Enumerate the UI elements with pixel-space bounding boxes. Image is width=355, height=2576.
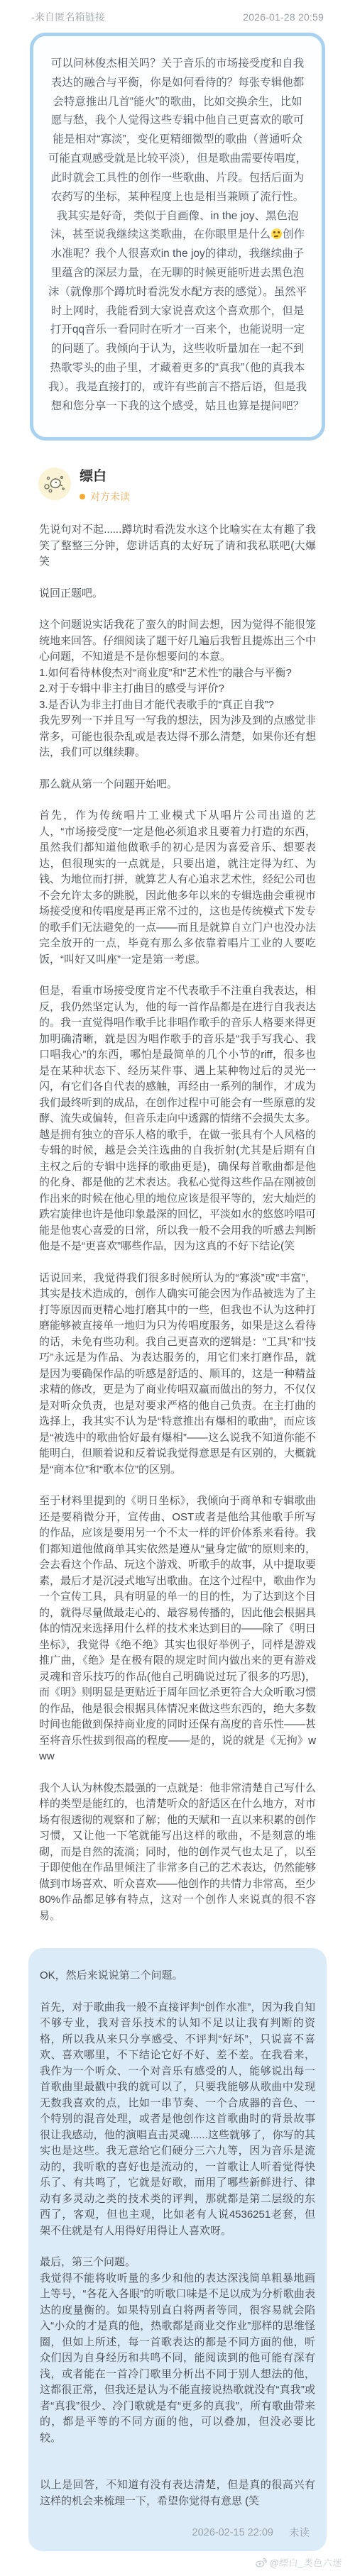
profile-meta: 缥白 对方未读 xyxy=(80,468,130,504)
anonymous-qa-page: -来自匿名箱链接 2026-01-28 20:59 可以问林俊杰相关吗？关于音乐… xyxy=(0,0,355,2569)
question-text: 可以问林俊杰相关吗？关于音乐的市场接受度和自我表达的融合与平衡，你是如何看待的？… xyxy=(48,55,307,416)
answer-paragraph: 这个问题说实话我花了蛮久的时间去想，因为觉得不能很笼统地来回答。仔细阅读了题干好… xyxy=(39,617,316,761)
thinking-face-emoji xyxy=(271,228,282,239)
answer-paragraph: 那么就从第一个问题开始吧。 xyxy=(39,777,316,793)
answer-part2-bubble: OK，然后来说说第二个问题。 首先，对于歌曲我一般不直接评判“创作水准”，因为我… xyxy=(28,1948,327,2551)
header: -来自匿名箱链接 2026-01-28 20:59 xyxy=(0,10,355,31)
answer-closing-paragraph: 以上是回答，不知道有没有表达清楚，但是真的很高兴有这样的机会来梳理一下，希望你觉… xyxy=(40,2477,315,2509)
answer-paragraph: 先说句对不起......蹲坑时看洗发水这个比喻实在太有趣了我笑了整整三分钟，您讲… xyxy=(39,522,316,570)
answer-read-status: 未读 xyxy=(289,2525,310,2540)
answer-paragraph: 最后，第三个问题。 我觉得不能将收听量的多少和他的表达深浅简单粗暴地画上等号，“… xyxy=(40,2255,315,2446)
answer-paragraph: 但是，看重市场接受度肯定不代表歌手不注重自我表达，相反，我仍然坚定认为，他的每一… xyxy=(39,983,316,1255)
question-timestamp: 2026-01-28 20:59 xyxy=(243,11,324,23)
avatar-doodle-icon xyxy=(38,468,71,500)
responder-profile[interactable]: 缥白 对方未读 xyxy=(38,468,355,504)
answer-part1: 先说句对不起......蹲坑时看洗发水这个比喻实在太有趣了我笑了整整三分钟，您讲… xyxy=(39,522,316,1924)
question-text-before: 可以问林俊杰相关吗？关于音乐的市场接受度和自我表达的融合与平衡，你是如何看待的？… xyxy=(48,57,307,241)
responder-name[interactable]: 缥白 xyxy=(80,469,130,485)
answer-paragraph: 首先，对于歌曲我一般不直接评判“创作水准”，因为我自知不够专业，我对音乐技术的认… xyxy=(40,2000,315,2240)
answer-paragraph: OK，然后来说说第二个问题。 xyxy=(40,1968,315,1984)
watermark-text: @缥白_类色六迷 xyxy=(269,2555,343,2569)
answer-paragraph: 说回正题吧。 xyxy=(39,586,316,602)
answer-paragraph: 至于材料里提到的《明日坐标》，我倾向于商单和专辑歌曲还是要稍微分开，宣传曲、OS… xyxy=(39,1493,316,1765)
read-status-label: 对方未读 xyxy=(90,490,130,504)
answer-footer: 2026-02-15 22:09 未读 xyxy=(40,2525,315,2540)
question-text-after: 创作水准呢？我个人很喜欢in the joy的律动，我继续曲子里蕴含的深层力量，… xyxy=(48,228,307,411)
status-dot-icon xyxy=(80,494,85,499)
weibo-icon xyxy=(255,2558,267,2567)
source-label: -来自匿名箱链接 xyxy=(31,10,105,24)
read-status: 对方未读 xyxy=(80,490,130,504)
answer-paragraph: 我个人认为林俊杰最强的一点就是：他非常清楚自己写什么样的类型是能红的，也清楚听众… xyxy=(39,1781,316,1925)
answer-paragraph: 话说回来，我觉得我们很多时候所认为的“寡淡”或“丰富”，其实是技术造成的，创作人… xyxy=(39,1271,316,1478)
question-bubble: 可以问林俊杰相关吗？关于音乐的市场接受度和自我表达的融合与平衡，你是如何看待的？… xyxy=(30,33,325,441)
watermark: @缥白_类色六迷 xyxy=(0,2555,343,2569)
answer-timestamp: 2026-02-15 22:09 xyxy=(192,2527,274,2538)
avatar[interactable] xyxy=(38,468,71,500)
answer-paragraph: 首先，作为传统唱片工业模式下从唱片公司出道的艺人，“市场接受度”一定是他必须追求… xyxy=(39,808,316,968)
